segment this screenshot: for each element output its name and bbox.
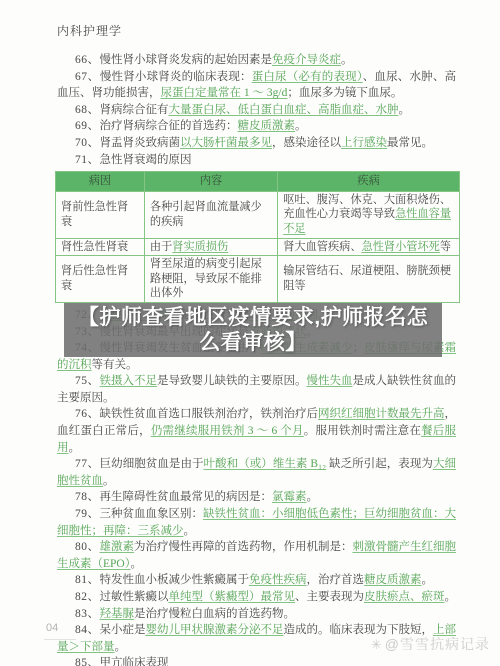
- text-run: 肾大血管疾病、: [283, 241, 361, 253]
- highlight-text: 以大肠杆菌最多见: [180, 137, 272, 149]
- note-number: 70、: [75, 137, 100, 149]
- text-run: 缺铁性贫血首选口服铁剂治疗，铁剂治疗后: [100, 408, 319, 420]
- highlight-text: 糖皮质激素: [238, 120, 296, 132]
- text-run: 肾病综合征有: [100, 104, 169, 116]
- highlight-text: 慢性失血: [307, 375, 353, 387]
- highlight-text: 叶酸和（或）维生素 B₁₂: [204, 458, 327, 470]
- table-header-cell: 内容: [144, 172, 277, 192]
- note-number: 71、: [75, 154, 100, 166]
- highlight-text: 雄激素: [100, 541, 135, 553]
- note-item: 75、铁摄入不足是导致婴儿缺铁的主要原因。慢性失血是成人缺铁性贫血的主要原因。: [57, 373, 456, 406]
- note-number: 85、: [75, 657, 100, 666]
- page-number: 04: [46, 622, 58, 634]
- note-item: 76、缺铁性贫血首选口服铁剂治疗，铁剂治疗后网织红细胞计数最先升高，血红蛋白正常…: [57, 406, 456, 456]
- text-run: 甲亢临床表现: [100, 657, 169, 666]
- footer-rule: [44, 639, 76, 640]
- text-run: 。: [295, 120, 307, 132]
- table-header-cell: 病因: [56, 172, 145, 192]
- note-number: 75、: [75, 375, 100, 387]
- note-number: 79、: [75, 508, 100, 520]
- page-header-title: 内科护理学: [57, 22, 456, 39]
- note-number: 81、: [75, 574, 100, 586]
- table-cell: 各种引起肾血流量减少的疾病: [144, 191, 277, 238]
- overlay-watermark-banner: 【护师查看地区疫情要求,护师报名怎么看审核】: [64, 303, 442, 357]
- notes-list: 66、慢性肾小球肾炎发病的起始因素是免疫介导炎症。67、慢性肾小球肾炎的临床表现…: [57, 52, 456, 666]
- table-row: 肾后性急性肾衰肾至尿道的病变引起尿路梗阻，导致尿不能排出体外输尿管结石、尿道梗阻…: [56, 256, 460, 303]
- text-run: 。: [399, 104, 411, 116]
- text-run: 。: [422, 574, 434, 586]
- table-cell: 由于肾实质损伤: [144, 238, 277, 256]
- note-number: 76、: [75, 408, 100, 420]
- note-item: 77、巨幼细胞贫血是由于叶酸和（或）维生素 B₁₂ 缺乏所引起，表现为大细胞性贫…: [57, 456, 456, 489]
- note-item: 85、甲亢临床表现: [57, 655, 456, 666]
- table-cell: 输尿管结石、尿道梗阻、膀胱颈梗阻等: [278, 256, 460, 303]
- text-run: 输尿管结石、尿道梗阻、膀胱颈梗阻等: [283, 265, 451, 292]
- text-run: 。: [307, 491, 319, 503]
- note-number: 84、: [75, 624, 100, 636]
- text-run: 。: [69, 442, 81, 454]
- note-item: 71、急性肾衰竭的原因: [57, 152, 456, 169]
- note-item: 82、过敏性紫癜以单纯型（紫癜型）最常见、主要表现为皮肤瘀点、瘀斑。: [57, 589, 456, 606]
- note-number: 78、: [75, 491, 100, 503]
- highlight-text: 单纯型（紫癜型）最常见: [169, 591, 296, 603]
- highlight-text: 肾实质损伤: [172, 241, 228, 253]
- table-cell: 肾前性急性肾衰: [56, 191, 145, 238]
- text-run: 。: [341, 54, 353, 66]
- table-row: 肾性急性肾衰由于肾实质损伤肾大血管疾病、急性肾小管坏死等: [56, 238, 460, 256]
- text-run: 是导致婴儿缺铁的主要原因。: [157, 375, 307, 387]
- text-run: 肾盂肾炎致病菌: [100, 137, 181, 149]
- note-number: 69、: [75, 120, 100, 132]
- text-run: 。: [130, 558, 142, 570]
- highlight-text: 皮肤瘀点、瘀斑: [364, 591, 445, 603]
- text-run: ；血尿多为镜下血尿。: [287, 87, 402, 99]
- highlight-text: 急性肾小管坏死: [362, 241, 440, 253]
- watermark: ✳@雪雪抗病记录: [371, 634, 490, 654]
- text-run: 为治疗慢性再障的首选药物，作用机制是：: [134, 541, 353, 553]
- note-item: 80、雄激素为治疗慢性再障的首选药物，作用机制是：刺激骨髓产生红细胞生成素（EP…: [57, 539, 456, 572]
- highlight-text: 氯霉素: [272, 491, 307, 503]
- table-cell: 肾大血管疾病、急性肾小管坏死等: [278, 238, 460, 256]
- table-cell: 肾至尿道的病变引起尿路梗阻，导致尿不能排出体外: [144, 256, 277, 303]
- table-cell: 呕吐、腹泻、休克、大面积烧伤、充血性心力衰竭等导致急性血容量不足: [278, 191, 460, 238]
- table-cell: 肾性急性肾衰: [56, 238, 145, 256]
- text-run: 急性肾衰竭的原因: [100, 154, 192, 166]
- text-run: 肾后性急性肾衰: [61, 265, 128, 292]
- note-item: 69、治疗肾病综合征的首选药：糖皮质激素。: [57, 118, 456, 135]
- note-number: 82、: [75, 591, 100, 603]
- watermark-text: @雪雪抗病记录: [385, 636, 490, 652]
- note-item: 67、慢性肾小球肾炎的临床表现：蛋白尿（必有的表现）、血尿、水肿、高血压、肾功能…: [57, 69, 456, 102]
- watermark-logo-icon: ✳: [371, 637, 383, 652]
- text-run: 等: [440, 241, 451, 253]
- text-run: 三种贫血血象区别：: [100, 508, 204, 520]
- note-item: 81、特发性血小板减少性紫癜属于免疫性疾病，治疗首选糖皮质激素。: [57, 572, 456, 589]
- highlight-text: 羟基脲: [100, 608, 135, 620]
- text-run: 再生障碍性贫血最常见的病因是：: [100, 491, 273, 503]
- text-run: 。: [115, 641, 127, 653]
- text-run: 巨幼细胞贫血是由于: [100, 458, 204, 470]
- note-number: 67、: [75, 71, 100, 83]
- highlight-text: 免疫介导炎症: [272, 54, 341, 66]
- text-run: 特发性血小板减少性紫癜属于: [100, 574, 250, 586]
- text-run: 肾至尿道的病变引起尿路梗阻，导致尿不能排出体外: [150, 258, 262, 299]
- text-run: 、主要表现为: [295, 591, 364, 603]
- note-number: 83、: [75, 608, 100, 620]
- note-number: 66、: [75, 54, 100, 66]
- highlight-text: 网织红细胞计数最先升高: [318, 408, 445, 420]
- text-run: 。: [184, 525, 196, 537]
- text-run: 是治疗慢粒白血病的首选药物。: [134, 608, 295, 620]
- highlight-text: 糖皮质激素: [364, 574, 422, 586]
- note-item: 83、羟基脲是治疗慢粒白血病的首选药物。: [57, 606, 456, 623]
- highlight-text: 免疫性疾病: [249, 574, 307, 586]
- note-item: 70、肾盂肾炎致病菌以大肠杆菌最多见，感染途径以上行感染最常见。: [57, 135, 456, 152]
- note-number: 77、: [75, 458, 100, 470]
- table-header-cell: 疾病: [278, 172, 460, 192]
- text-run: 慢性肾小球肾炎发病的起始因素是: [100, 54, 273, 66]
- text-run: 慢性肾小球肾炎的临床表现：: [100, 71, 252, 83]
- text-run: 过敏性紫癜以: [100, 591, 169, 603]
- note-item: 66、慢性肾小球肾炎发病的起始因素是免疫介导炎症。: [57, 52, 456, 69]
- note-number: 68、: [75, 104, 100, 116]
- table-row: 肾前性急性肾衰各种引起肾血流量减少的疾病呕吐、腹泻、休克、大面积烧伤、充血性心力…: [56, 191, 460, 238]
- text-run: 肾性急性肾衰: [61, 241, 128, 253]
- text-run: 缺乏所引起，表现为: [326, 458, 433, 470]
- note-item: 79、三种贫血血象区别：缺铁性贫血：小细胞低色素性；巨幼细胞贫血：大细胞性；再障…: [57, 506, 456, 539]
- acute-renal-failure-table: 病因内容疾病肾前性急性肾衰各种引起肾血流量减少的疾病呕吐、腹泻、休克、大面积烧伤…: [55, 171, 460, 303]
- text-run: ，感染途径以: [272, 137, 341, 149]
- highlight-text: 铁摄入不足: [100, 375, 158, 387]
- highlight-text: 婴幼儿甲状腺激素分泌不足: [146, 624, 284, 636]
- note-item: 78、再生障碍性贫血最常见的病因是：氯霉素。: [57, 489, 456, 506]
- note-item: 68、肾病综合征有大量蛋白尿、低白蛋白血症、高脂血症、水肿。: [57, 102, 456, 119]
- text-run: 治疗肾病综合征的首选药：: [100, 120, 238, 132]
- text-run: 。: [445, 591, 457, 603]
- highlight-text: 上行感染: [341, 137, 387, 149]
- table-cell: 肾后性急性肾衰: [56, 256, 145, 303]
- text-run: 最常见。: [387, 137, 433, 149]
- text-run: 肾前性急性肾衰: [61, 201, 128, 228]
- note-number: 80、: [75, 541, 100, 553]
- text-run: 各种引起肾血流量减少的疾病: [150, 201, 262, 228]
- text-run: ，治疗首选: [307, 574, 365, 586]
- highlight-text: 仍需继续服用铁剂 3 ～ 6 个月: [151, 425, 304, 437]
- highlight-text: 尿蛋白定量常在 1 ～ 3g/d: [161, 87, 288, 99]
- text-run: 由于: [150, 241, 172, 253]
- highlight-text: 大量蛋白尿、低白蛋白血症、高脂血症、水肿: [169, 104, 399, 116]
- text-run: 。服用铁剂时需注意在: [304, 425, 421, 437]
- document-page: 内科护理学 66、慢性肾小球肾炎发病的起始因素是免疫介导炎症。67、慢性肾小球肾…: [0, 0, 500, 666]
- text-run: 呆小症是: [100, 624, 146, 636]
- text-run: 。: [103, 475, 115, 487]
- text-run: 等有关。: [92, 359, 138, 371]
- highlight-text: 蛋白尿（必有的表现）: [252, 71, 363, 83]
